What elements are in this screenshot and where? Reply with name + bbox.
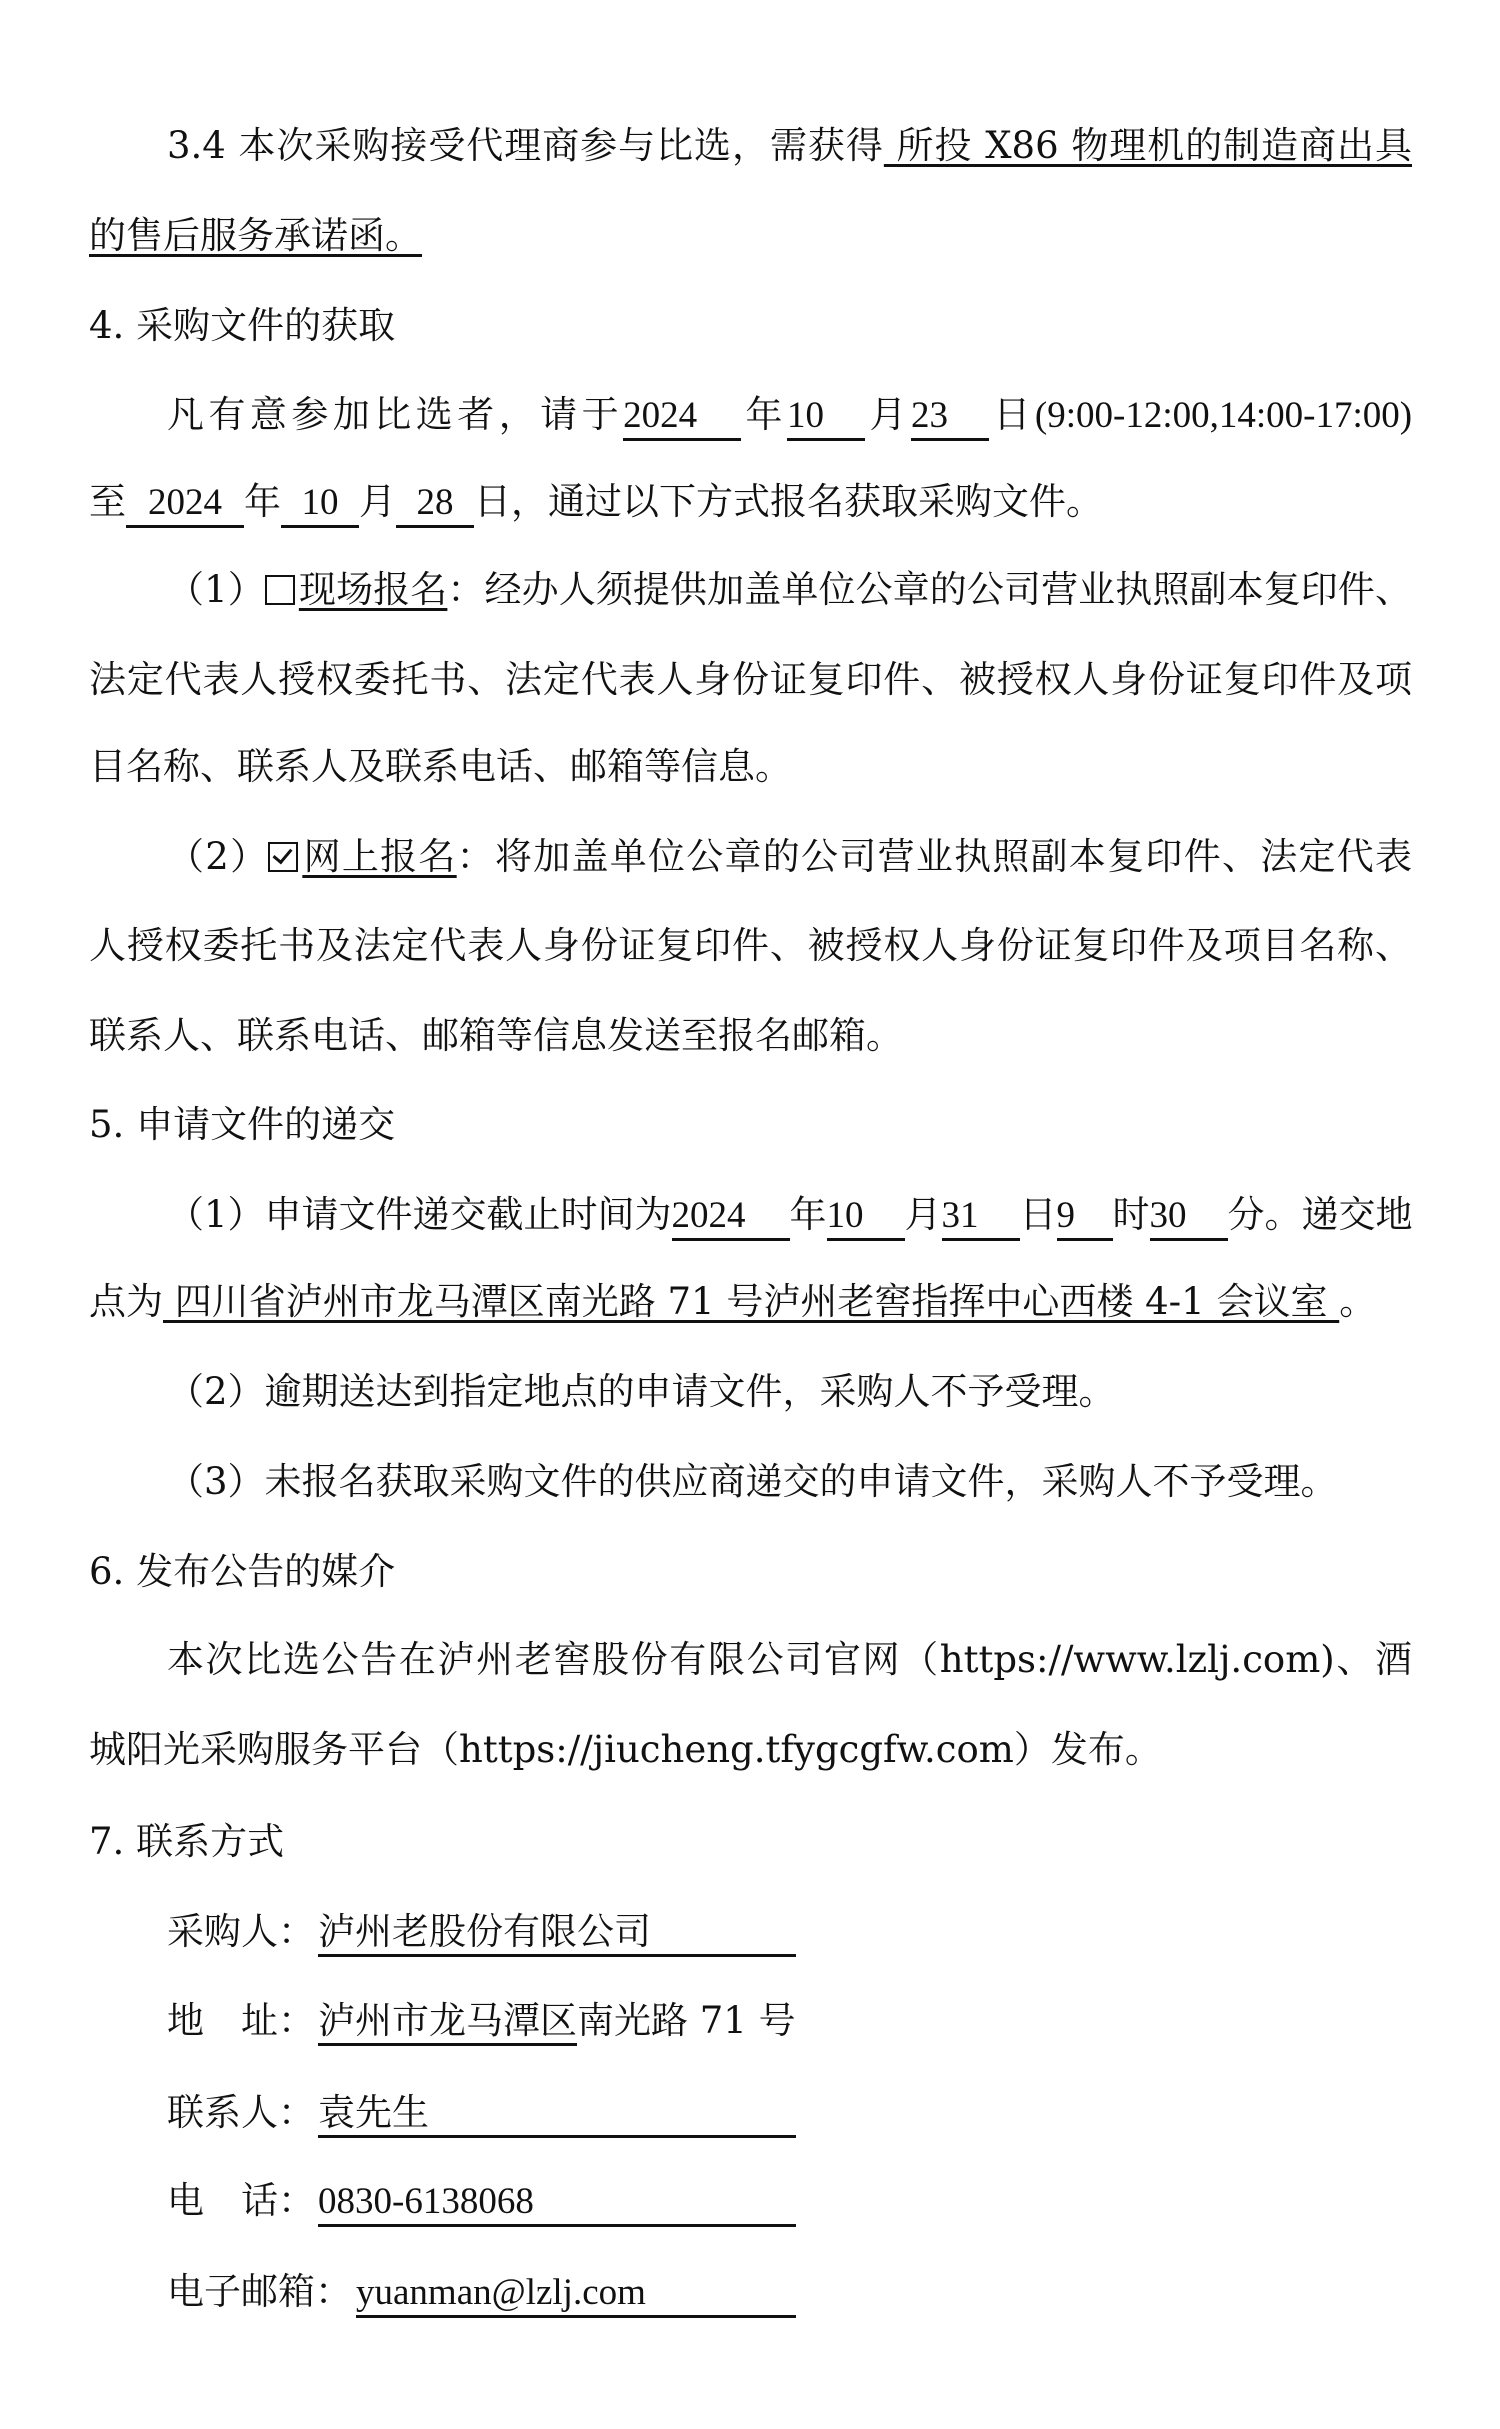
end-year-field: 2024 [126,481,244,528]
checkbox-unchecked-icon [265,575,295,605]
item-3-4-prefix: 3.4 本次采购接受代理商参与比选，需获得 [167,124,884,167]
item-3-4-line2: 的售后服务承诺函。 [89,211,422,261]
purchaser-label: 采购人： [167,1907,318,1957]
section-5-heading: 5. 申请文件的递交 [89,1100,395,1150]
intro-prefix: 凡有意参加比选者，请于 [167,393,623,436]
option-1-text: 经办人须提供加盖单位公章的公司营业执照副本复印件、 [485,568,1413,611]
submission-place: 四川省泸州市龙马潭区南光路 71 号泸州老窖指挥中心西楼 4-1 会议室 [163,1280,1339,1323]
place-suffix: 。 [1339,1280,1376,1323]
contact-person-label: 联系人： [167,2088,318,2138]
to-label: 至 [89,480,126,523]
year-label: 年 [790,1193,827,1236]
item-3-4-line1: 3.4 本次采购接受代理商参与比选，需获得 所投 X86 物理机的制造商出具 [167,121,1412,171]
deadline-prefix: （1）申请文件递交截止时间为 [167,1193,672,1236]
section-5-item-3: （3）未报名获取采购文件的供应商递交的申请文件，采购人不予受理。 [167,1457,1338,1507]
option-2-line3: 联系人、联系电话、邮箱等信息发送至报名邮箱。 [89,1011,903,1061]
address-suffix: 南光路 71 号 [577,1999,796,2042]
section-7-heading: 7. 联系方式 [89,1817,284,1867]
contact-purchaser: 采购人：泸州老股份有限公司 [167,1907,796,1957]
place-prefix: 点为 [89,1280,163,1323]
option-2-line1: （2）网上报名：将加盖单位公章的公司营业执照副本复印件、法定代表 [167,832,1412,882]
minute-label: 分。递交地 [1228,1193,1413,1236]
section-6-heading: 6. 发布公告的媒介 [89,1547,395,1597]
hour-label: 时 [1113,1193,1150,1236]
deadline-hour-field: 9 [1057,1194,1113,1241]
year-label: 年 [741,393,787,436]
section-5-item-1-line2: 点为 四川省泸州市龙马潭区南光路 71 号泸州老窖指挥中心西楼 4-1 会议室 … [89,1277,1376,1327]
email-label: 电子邮箱： [167,2267,356,2317]
deadline-year-field: 2024 [672,1194,790,1241]
item-3-4-underlined-cont: 的售后服务承诺函。 [89,214,422,257]
section-4-heading: 4. 采购文件的获取 [89,301,395,351]
start-year-field: 2024 [623,394,741,441]
month-label: 月 [905,1193,942,1236]
start-month-field: 10 [787,394,865,441]
year-label: 年 [244,480,281,523]
month-label: 月 [359,480,396,523]
deadline-day-field: 31 [942,1194,1020,1241]
section-6-line2: 城阳光采购服务平台（https://jiucheng.tfygcgfw.com）… [89,1725,1162,1775]
email-value: yuanman@lzlj.com [356,2271,796,2318]
deadline-minute-field: 30 [1150,1194,1228,1241]
day-label: 日 [1020,1193,1057,1236]
option-2-number: （2） [167,835,268,878]
end-month-field: 10 [281,481,359,528]
office-hours: (9:00-12:00,14:00-17:00) [1035,395,1412,436]
option-1-line1: （1）现场报名：经办人须提供加盖单位公章的公司营业执照副本复印件、 [167,565,1412,615]
option-1-label: 现场报名 [299,568,448,611]
contact-person: 联系人：袁先生 [167,2088,796,2138]
section-6-line1: 本次比选公告在泸州老窖股份有限公司官网（https://www.lzlj.com… [167,1635,1412,1685]
month-label: 月 [865,393,911,436]
section-5-item-1-line1: （1）申请文件递交截止时间为2024年10月31日9时30分。递交地 [167,1190,1412,1240]
contact-email: 电子邮箱：yuanman@lzlj.com [167,2267,796,2317]
option-2-label: 网上报名 [302,835,456,878]
item-3-4-underlined: 所投 X86 物理机的制造商出具 [884,124,1412,167]
intro-suffix: 日，通过以下方式报名获取采购文件。 [474,480,1103,523]
option-2-label-group: 网上报名 [268,835,456,878]
option-1-line2: 法定代表人授权委托书、法定代表人身份证复印件、被授权人身份证复印件及项 [89,655,1412,705]
section-5-item-2: （2）逾期送达到指定地点的申请文件，采购人不予受理。 [167,1367,1116,1417]
option-1-line3: 目名称、联系人及联系电话、邮箱等信息。 [89,742,792,792]
contact-phone: 电 话：0830-6138068 [167,2176,796,2226]
section-4-intro-line2: 至2024年10月28日，通过以下方式报名获取采购文件。 [89,477,1103,527]
start-day-field: 23 [911,394,989,441]
purchaser-value: 泸州老股份有限公司 [318,1910,796,1957]
option-2-line2: 人授权委托书及法定代表人身份证复印件、被授权人身份证复印件及项目名称、 [89,921,1412,971]
section-4-intro-line1: 凡有意参加比选者，请于2024年10月23日(9:00-12:00,14:00-… [167,390,1412,440]
contact-address: 地 址：泸州市龙马潭区南光路 71 号 [167,1996,796,2046]
document-page: 3.4 本次采购接受代理商参与比选，需获得 所投 X86 物理机的制造商出具 的… [0,0,1500,2429]
phone-label: 电 话： [167,2176,318,2226]
end-day-field: 28 [396,481,474,528]
day-label: 日 [989,393,1035,436]
colon: ： [457,835,495,878]
colon: ： [447,568,484,611]
contact-person-value: 袁先生 [318,2091,796,2138]
deadline-month-field: 10 [827,1194,905,1241]
address-label: 地 址： [167,1996,318,2046]
address-value: 泸州市龙马潭区 [318,1999,577,2046]
option-1-label-group: 现场报名 [265,568,448,611]
option-2-text: 将加盖单位公章的公司营业执照副本复印件、法定代表 [495,835,1412,878]
phone-value: 0830-6138068 [318,2180,796,2227]
checkbox-checked-icon [268,842,298,872]
option-1-number: （1） [167,568,265,611]
